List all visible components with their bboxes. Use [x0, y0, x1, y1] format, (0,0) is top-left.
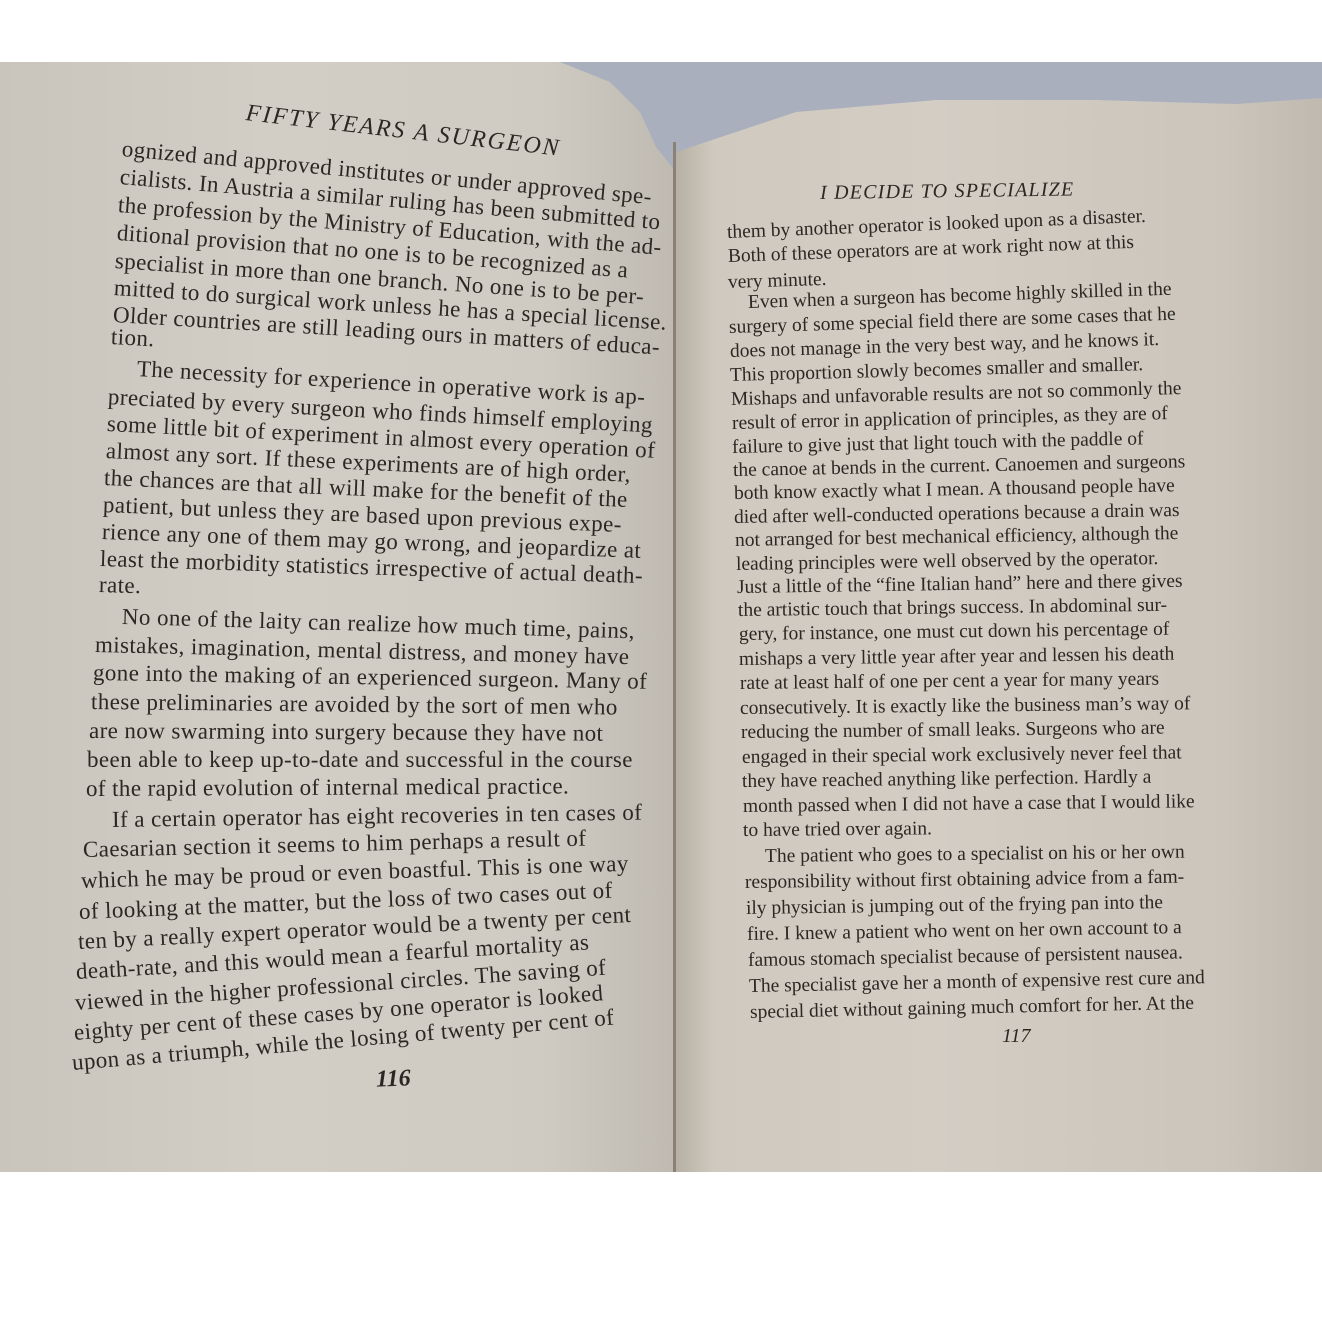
- text-line: they have reached anything like perfecti…: [742, 767, 1152, 793]
- text-line: The patient who goes to a specialist on …: [765, 842, 1185, 868]
- right-page-number: 117: [1002, 1025, 1031, 1048]
- text-line: rate.: [99, 572, 142, 599]
- text-line: to have tried over again.: [743, 818, 932, 842]
- text-line: been able to keep up-to-date and success…: [87, 747, 633, 773]
- text-line: rate at least half of one per cent a yea…: [740, 669, 1159, 695]
- text-line: are now swarming into surgery because th…: [89, 718, 603, 747]
- text-line: these preliminaries are avoided by the s…: [91, 689, 618, 721]
- text-line: reducing the number of small leaks. Surg…: [741, 718, 1165, 744]
- text-line: engaged in their special work exclusivel…: [742, 742, 1182, 769]
- text-line: of the rapid evolution of internal medic…: [86, 773, 569, 802]
- book-photo: FIFTY YEARS A SURGEON ognized and approv…: [0, 62, 1322, 1172]
- right-running-head: I DECIDE TO SPECIALIZE: [820, 178, 1075, 205]
- book-gutter: [673, 142, 676, 1172]
- text-line: tion.: [110, 324, 155, 352]
- text-line: consecutively. It is exactly like the bu…: [740, 693, 1191, 720]
- left-page-number: 116: [376, 1065, 412, 1093]
